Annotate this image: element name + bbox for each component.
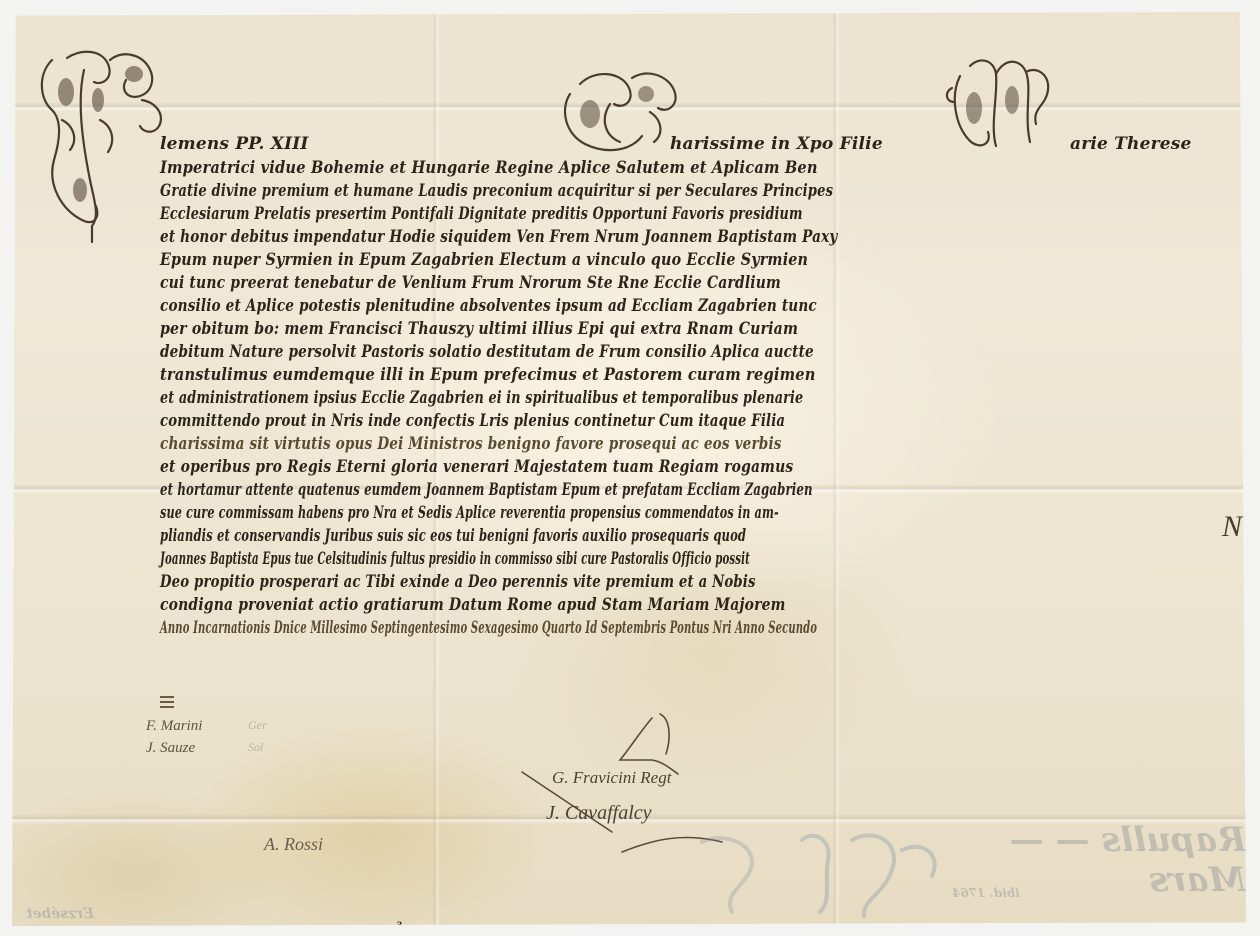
registry-note-sauze: J. Sauze [146, 740, 195, 757]
text-line-5: et honor debitus impendatur Hodie siquid… [160, 227, 837, 247]
bleed-through-ornament-left-icon [692, 822, 782, 922]
ornate-initial-c-icon [22, 30, 172, 250]
text-line-7: cui tunc preerat tenebatur de Venlium Fr… [160, 273, 781, 293]
text-line-11: transtulimus eumdemque illi in Epum pref… [160, 365, 816, 385]
text-line-1b: harissime in Xpo Filie [670, 134, 883, 154]
ornate-initial-c-center-icon [550, 64, 690, 164]
text-line-20: Deo propitio prosperari ac Tibi exinde a… [160, 572, 756, 592]
text-line-16: et hortamur attente quatenus eumdem Joan… [160, 480, 813, 500]
registry-faint-mark-2: Sol [248, 740, 263, 755]
text-line-6: Epum nuper Syrmien in Epum Zagabrien Ele… [160, 250, 808, 270]
ornate-initial-m-icon [940, 46, 1060, 156]
registry-note-marini: F. Marini [146, 718, 202, 735]
text-line-13: committendo prout in Nris inde confectis… [160, 411, 785, 431]
signature-cavaffalcy: J. Cavaffalcy [546, 802, 652, 825]
parchment-document: lemens PP. XIII harissime in Xpo Filie a… [12, 12, 1246, 926]
text-line-22: Anno Incarnationis Dnice Millesimo Septi… [160, 618, 817, 638]
text-line-18: pliandis et conservandis Juribus suis si… [160, 526, 746, 546]
text-line-12: et administrationem ipsius Ecclie Zagabr… [160, 388, 803, 408]
bleed-through-lower-left: Erzsébet [26, 906, 94, 922]
registry-faint-mark-1: Ger [248, 718, 267, 733]
text-line-19: Joannes Baptista Epus tue Celsitudinis f… [160, 549, 750, 569]
margin-mark-right: N [1222, 510, 1242, 544]
text-line-14: charissima sit virtutis opus Dei Ministr… [160, 434, 782, 454]
text-line-4: Ecclesiarum Prelatis presertim Pontifali… [160, 204, 803, 224]
text-line-8: consilio et Aplice potestis plenitudine … [160, 296, 817, 316]
text-line-1a: lemens PP. XIII [160, 134, 480, 154]
signature-fravicini: G. Fravicini Regt [552, 768, 671, 788]
registry-lines-mark [160, 696, 174, 711]
text-line-3: Gratie divine premium et humane Laudis p… [160, 181, 833, 201]
text-line-10: debitum Nature persolvit Pastoris solati… [160, 342, 814, 362]
text-line-21: condigna proveniat actio gratiarum Datum… [160, 595, 786, 615]
page-mark: 3 [396, 918, 402, 933]
signature-lower-left: A. Rossi [264, 834, 323, 855]
text-line-15: et operibus pro Regis Eterni gloria vene… [160, 457, 793, 477]
text-line-17: sue cure commissam habens pro Nra et Sed… [160, 503, 779, 523]
text-line-1c: arie Therese [1070, 134, 1192, 154]
bleed-through-ornament-icon [792, 820, 992, 930]
text-line-9: per obitum bo: mem Francisci Thauszy ult… [160, 319, 798, 339]
text-line-2: Imperatrici vidue Bohemie et Hungarie Re… [160, 158, 818, 178]
